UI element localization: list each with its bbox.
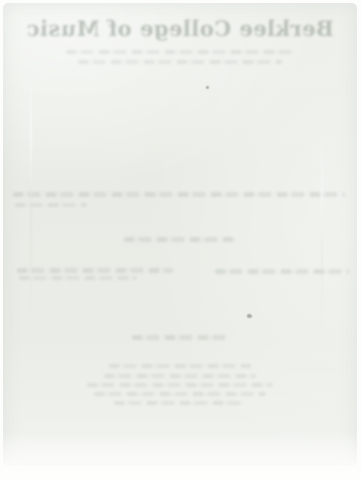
bleedthrough-address-line (66, 50, 294, 54)
bleedthrough-line (215, 269, 349, 274)
bleedthrough-address-line (78, 60, 282, 64)
bleedthrough-heading (132, 335, 228, 340)
bleedthrough-line (19, 276, 137, 280)
bleedthrough-paragraph-line (114, 401, 246, 405)
bleedthrough-line (15, 203, 87, 207)
bleedthrough-paragraph-line (87, 383, 273, 387)
bleedthrough-paragraph-line (94, 392, 266, 396)
bleedthrough-letterhead-title: Berklee College of Music (3, 16, 357, 41)
bleedthrough-line (13, 192, 345, 197)
bleedthrough-paragraph-line (109, 364, 251, 368)
bleedthrough-line (17, 268, 173, 273)
paper-speck (247, 314, 252, 318)
paper-sheet: Berklee College of Music (3, 3, 357, 466)
paper-crease (321, 123, 323, 343)
paper-speck (206, 86, 209, 89)
bleedthrough-paragraph-line (104, 374, 256, 378)
scanned-page: Berklee College of Music (0, 0, 361, 480)
bleedthrough-heading (124, 237, 236, 242)
paper-crease (30, 58, 32, 318)
